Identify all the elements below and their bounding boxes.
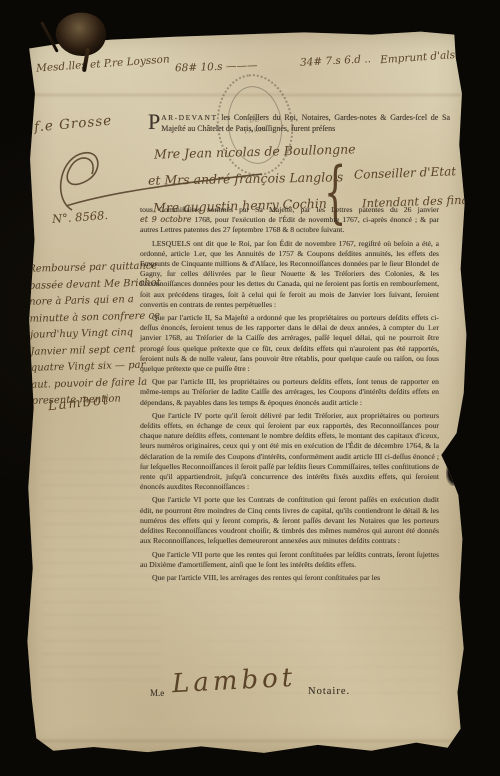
paragraph-article-6: Que l'article VI porte que les Contrats …: [140, 495, 439, 546]
notary-title: Notaire.: [308, 686, 350, 697]
document-number: N°. 8568.: [52, 208, 109, 226]
photo-background: Mesd.lles et P.re Loysson 68# 10.s ——— 3…: [0, 0, 500, 776]
annotation-amount-left: 68# 10.s ———: [175, 60, 258, 75]
drop-cap-initial: P: [148, 112, 161, 132]
opening-clause: PAR-DEVANT les Conſeillers du Roi, Notai…: [148, 112, 450, 134]
paragraph-article-4: Que l'article IV porte qu'il ſeroit déli…: [140, 411, 439, 493]
paragraph-article-3: Que par l'article III, les propriétaires…: [140, 377, 439, 408]
paper-crease: [22, 740, 470, 742]
notary-prefix: M.e: [150, 688, 164, 698]
annotation-owner-names: Mesd.lles et P.re Loysson: [36, 53, 170, 74]
stamp-line-1: DE: [249, 116, 260, 124]
annotation-amount-right: 34# 7.s 6.d ..: [300, 53, 372, 69]
notary-paraph-monogram: [52, 140, 122, 220]
inline-hand-insertion: et 9 octobre: [140, 215, 191, 224]
party-name-langlois: et Mrs andré françois Langlois: [148, 169, 343, 187]
paragraph-article-7: Que l'article VII porte que les rentes q…: [140, 550, 439, 570]
paragraph-article-8: Que par l'article VIII, les arrérages de…: [140, 573, 439, 583]
annotation-loan-title: Emprunt d'alsace: [380, 48, 474, 66]
paragraph-article-2: Que par l'article II, Sa Majeſté a ordon…: [140, 313, 439, 374]
party-role-conseiller: Conseiller d'Etat: [354, 164, 457, 182]
paper-hole: [446, 460, 464, 486]
paragraph-lesquels: LESQUELS ont dit que le Roi, par ſon Édi…: [140, 239, 439, 310]
paris-tax-stamp: DE PARIS: [211, 70, 299, 181]
opening-smallcaps: AR-DEVANT: [161, 113, 217, 122]
document-paper: Mesd.lles et P.re Loysson 68# 10.s ——— 3…: [22, 28, 470, 758]
paragraph-commissaires: tous Commiſſaires nommés par Sa Majeſté,…: [140, 205, 439, 236]
grosse-annotation: f.e Grosse: [33, 113, 112, 136]
printed-body: tous Commiſſaires nommés par Sa Majeſté,…: [140, 205, 439, 586]
stamp-line-2: PARIS: [244, 125, 268, 135]
